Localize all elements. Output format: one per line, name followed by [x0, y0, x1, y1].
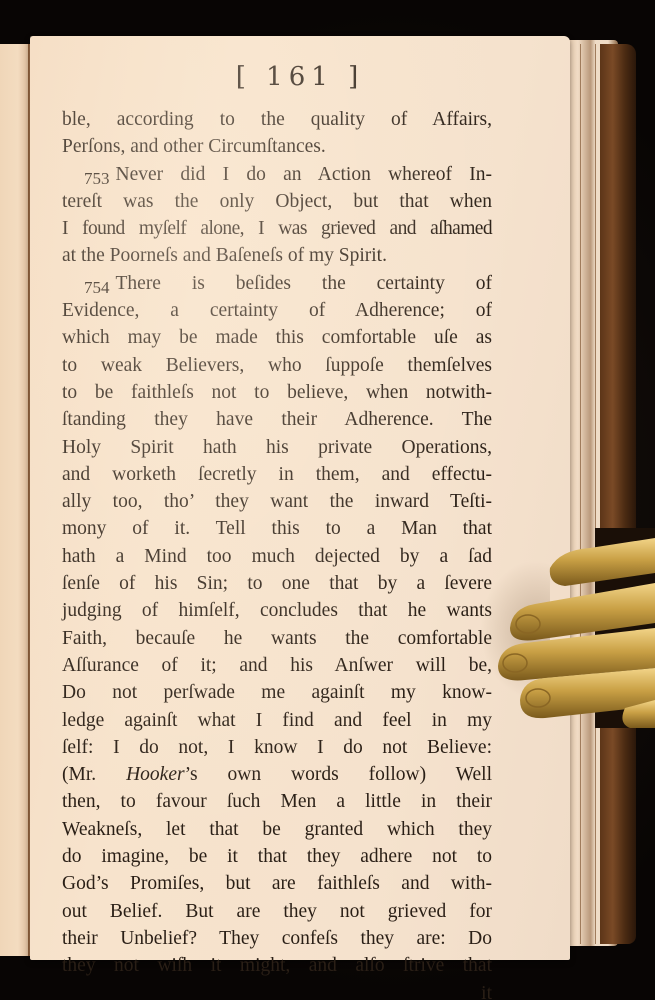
text-line: at the Poorneſs and Baſeneſs of my Spiri…	[62, 242, 492, 269]
text-line: ſtanding they have their Adherence. The	[62, 406, 492, 433]
text-line: Do not perſwade me againſt my know-	[62, 679, 492, 706]
text-line: ſelf: I do not, I know I do not Believe:	[62, 734, 492, 761]
text-line: to weak Believers, who ſuppoſe themſelve…	[62, 352, 492, 379]
page-edge-line	[580, 44, 581, 944]
line-text: Never did I do an Action whereof In-	[116, 164, 493, 185]
text-line: Perſons, and other Circumſtances.	[62, 133, 492, 160]
text-line: ble, according to the quality of Affairs…	[62, 106, 492, 133]
text-line: 754There is beſides the certainty of	[62, 270, 492, 297]
text-line: Holy Spirit hath his private Operations,	[62, 434, 492, 461]
book-page: [ 161 ] ble, according to the quality of…	[30, 36, 570, 960]
text-line: 753Never did I do an Action whereof In-	[62, 161, 492, 188]
text-line: they not wiſh it might, and alſo ſtrive …	[62, 952, 492, 979]
facing-page-edge	[0, 44, 31, 956]
catchword: it	[62, 980, 492, 1000]
brass-hand-bookholder-icon	[490, 528, 655, 728]
text-line: God’s Promiſes, but are faithleſs and wi…	[62, 870, 492, 897]
text-line: mony of it. Tell this to a Man that	[62, 515, 492, 542]
text-line-hooker: (Mr. Hooker’s own words follow) Well	[62, 761, 492, 788]
paragraph-number: 754	[84, 278, 110, 297]
text-line: Weakneſs, let that be granted which they	[62, 816, 492, 843]
leather-cover	[600, 44, 636, 944]
page-number-header: [ 161 ]	[30, 62, 570, 92]
text-line: ledge againſt what I find and feel in my	[62, 707, 492, 734]
text-line: Faith, becauſe he wants the comfortable	[62, 625, 492, 652]
page-text: ble, according to the quality of Affairs…	[62, 106, 492, 1000]
text-line: ally too, tho’ they want the inward Teſt…	[62, 488, 492, 515]
text-line: and worketh ſecretly in them, and effect…	[62, 461, 492, 488]
page-edge-line	[595, 44, 596, 944]
text-line: do imagine, be it that they adhere not t…	[62, 843, 492, 870]
text-line: ſenſe of his Sin; to one that by a ſever…	[62, 570, 492, 597]
text-line: out Belief. But are they not grieved for	[62, 898, 492, 925]
text-line: Aſſurance of it; and his Anſwer will be,	[62, 652, 492, 679]
italic-name: Hooker	[126, 764, 184, 785]
line-text: There is beſides the certainty of	[116, 273, 493, 294]
text-line: then, to favour ſuch Men a little in the…	[62, 788, 492, 815]
text-line: to be faithleſs not to believe, when not…	[62, 379, 492, 406]
text-line: which may be made this comfortable uſe a…	[62, 324, 492, 351]
text-line: judging of himſelf, concludes that he wa…	[62, 597, 492, 624]
text-line: hath a Mind too much dejected by a ſad	[62, 543, 492, 570]
text-line: Evidence, a certainty of Adherence; of	[62, 297, 492, 324]
text-line: tereſt was the only Object, but that whe…	[62, 188, 492, 215]
text-line: I found myſelf alone, I was grieved and …	[62, 215, 492, 242]
text-line: their Unbelief? They confeſs they are: D…	[62, 925, 492, 952]
paragraph-number: 753	[84, 169, 110, 188]
